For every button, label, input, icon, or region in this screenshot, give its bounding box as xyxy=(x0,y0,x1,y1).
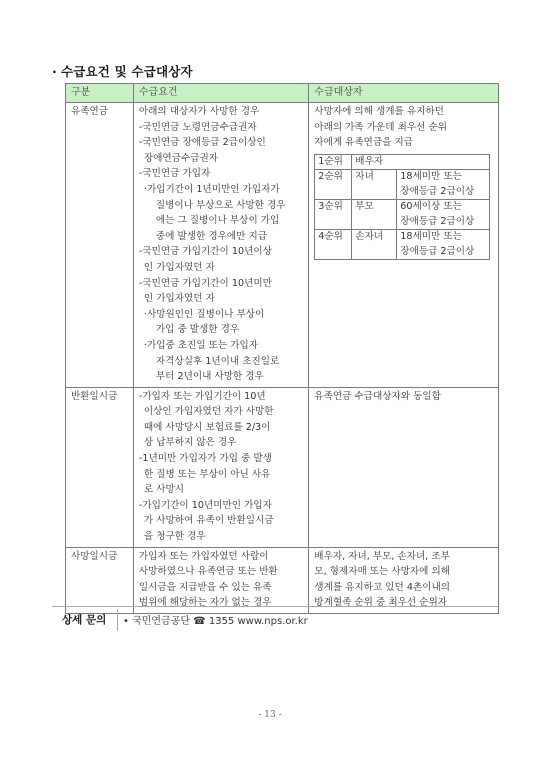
row-requirements: -가입자 또는 가입기간이 10년 이상인 가입자였던 자가 사망한 때에 사망… xyxy=(133,387,308,547)
text-line: 장애등급 2급이상 xyxy=(400,185,486,200)
text-line: 생계를 유지하고 있던 4촌이내의 xyxy=(314,580,494,596)
table-header-row: 구분 수급요건 수급대상자 xyxy=(66,84,499,103)
rank-relation: 손자녀 xyxy=(352,230,397,260)
bullet-icon: · xyxy=(52,64,57,79)
row-category: 유족연금 xyxy=(66,103,134,388)
text-line: -국민연금 가입자 xyxy=(139,166,304,182)
rank-label: 1순위 xyxy=(315,154,352,170)
footer-label: 상세 문의 xyxy=(62,612,106,627)
table-row-death-lump-sum: 사망일시금 가입자 또는 가입자였던 사람이 사망하였으나 유족연금 또는 반환… xyxy=(66,547,499,613)
text-line: 에는 그 질병이나 부상이 가입 xyxy=(139,213,304,229)
text-line: 인 가입자였던 자 xyxy=(139,291,304,307)
rank-row: 1순위 배우자 xyxy=(315,154,490,170)
text-line: 배우자, 자녀, 부모, 손자녀, 조부 xyxy=(314,549,494,565)
text-line: 범위에 해당하는 자가 없는 경우 xyxy=(139,595,304,611)
text-line: 18세미만 또는 xyxy=(400,170,486,185)
text-line: 장애등급 2급이상 xyxy=(400,245,486,260)
text-line: 아래의 가족 가운데 최우선 순위 xyxy=(314,120,494,136)
text-line: 자격상실후 1년이내 초진일로 xyxy=(139,354,304,370)
rank-label: 4순위 xyxy=(315,230,352,260)
text-line: -국민연금 가입기간이 10년미만 xyxy=(139,276,304,292)
rank-condition: 18세미만 또는 장애등급 2급이상 xyxy=(397,170,490,200)
text-line: 방계혈족 순위 중 최우선 순위자 xyxy=(314,595,494,611)
text-line: 가입자 또는 가입자였던 사람이 xyxy=(139,549,304,565)
rank-row: 2순위 자녀 18세미만 또는 장애등급 2급이상 xyxy=(315,170,490,200)
priority-rank-table: 1순위 배우자 2순위 자녀 18세미만 또는 장애등급 2급이상 3순위 부모… xyxy=(314,154,490,261)
text-line: ·사망원인인 질병이나 부상이 xyxy=(139,307,304,323)
table-row-lump-sum-refund: 반환일시금 -가입자 또는 가입기간이 10년 이상인 가입자였던 자가 사망한… xyxy=(66,387,499,547)
rank-condition: 18세미만 또는 장애등급 2급이상 xyxy=(397,230,490,260)
rank-relation: 부모 xyxy=(352,200,397,230)
text-line: -국민연금 장애등급 2급이상인 xyxy=(139,135,304,151)
text-line: 일시금을 지급받을 수 있는 유족 xyxy=(139,580,304,596)
text-line: 질병이나 부상으로 사망한 경우 xyxy=(139,198,304,214)
text-line: 60세이상 또는 xyxy=(400,200,486,215)
header-category: 구분 xyxy=(66,84,134,103)
table-row-survivor-pension: 유족연금 아래의 대상자가 사망한 경우 -국민연금 노령연금수급권자 -국민연… xyxy=(66,103,499,388)
row-recipients: 배우자, 자녀, 부모, 손자녀, 조부 모, 형제자매 또는 사망자에 의해 … xyxy=(309,547,499,613)
text-line: 로 사망시 xyxy=(139,482,304,498)
text-line: 아래의 대상자가 사망한 경우 xyxy=(139,104,304,120)
text-line: 때에 사망당시 보험료를 2/3이 xyxy=(139,420,304,436)
text-line: -1년미만 가입자가 가입 중 발생 xyxy=(139,451,304,467)
rank-row: 3순위 부모 60세이상 또는 장애등급 2급이상 xyxy=(315,200,490,230)
section-title-text: 수급요건 및 수급대상자 xyxy=(61,64,193,79)
rank-condition: 60세이상 또는 장애등급 2급이상 xyxy=(397,200,490,230)
rank-row: 4순위 손자녀 18세미만 또는 장애등급 2급이상 xyxy=(315,230,490,260)
text-line: ·가입기간이 1년미만인 가입자가 xyxy=(139,182,304,198)
text-line: 가 사망하여 유족이 반환일시금 xyxy=(139,513,304,529)
row-category: 반환일시금 xyxy=(66,387,134,547)
section-title: ·수급요건 및 수급대상자 xyxy=(52,62,193,80)
row-category: 사망일시금 xyxy=(66,547,134,613)
page-number: - 13 - xyxy=(0,710,540,720)
text-line: 자에게 유족연금을 지급 xyxy=(314,135,494,151)
text-line: 인 가입자였던 자 xyxy=(139,260,304,276)
text-line: 부터 2년이내 사망한 경우 xyxy=(139,369,304,385)
row-requirements: 가입자 또는 가입자였던 사람이 사망하였으나 유족연금 또는 반환 일시금을 … xyxy=(133,547,308,613)
rank-label: 2순위 xyxy=(315,170,352,200)
text-line: 유족연금 수급대상자와 동일함 xyxy=(314,389,494,405)
text-line: 한 질병 또는 부상이 아닌 사유 xyxy=(139,467,304,483)
footer-contact: • 국민연금공단 ☎ 1355 www.nps.or.kr xyxy=(123,612,308,627)
text-line: ·가입중 초진일 또는 가입자 xyxy=(139,338,304,354)
text-line: 을 청구한 경우 xyxy=(139,529,304,545)
row-requirements: 아래의 대상자가 사망한 경우 -국민연금 노령연금수급권자 -국민연금 장애등… xyxy=(133,103,308,388)
rank-relation: 자녀 xyxy=(352,170,397,200)
text-line: -가입기간이 10년미만인 가입자 xyxy=(139,498,304,514)
header-recipients: 수급대상자 xyxy=(309,84,499,103)
text-line: 18세미만 또는 xyxy=(400,230,486,245)
footer-divider xyxy=(52,606,498,607)
eligibility-table: 구분 수급요건 수급대상자 유족연금 아래의 대상자가 사망한 경우 -국민연금… xyxy=(65,83,499,614)
footer-separator xyxy=(117,609,118,631)
text-line: -가입자 또는 가입기간이 10년 xyxy=(139,389,304,405)
row-recipients: 사망자에 의해 생계를 유지하던 아래의 가족 가운데 최우선 순위 자에게 유… xyxy=(309,103,499,388)
rank-label: 3순위 xyxy=(315,200,352,230)
text-line: 사망자에 의해 생계를 유지하던 xyxy=(314,104,494,120)
text-line: 장애등급 2급이상 xyxy=(400,215,486,230)
text-line: 장애연금수급권자 xyxy=(139,151,304,167)
text-line: -국민연금 가입기간이 10년이상 xyxy=(139,244,304,260)
row-recipients: 유족연금 수급대상자와 동일함 xyxy=(309,387,499,547)
text-line: 사망하였으나 유족연금 또는 반환 xyxy=(139,564,304,580)
text-line: 중에 발생한 경우에만 지급 xyxy=(139,229,304,245)
text-line: 가입 중 발생한 경우 xyxy=(139,322,304,338)
text-line: 상 납부하지 않은 경우 xyxy=(139,435,304,451)
rank-relation: 배우자 xyxy=(352,154,490,170)
text-line: -국민연금 노령연금수급권자 xyxy=(139,120,304,136)
header-requirements: 수급요건 xyxy=(133,84,308,103)
text-line: 모, 형제자매 또는 사망자에 의해 xyxy=(314,564,494,580)
text-line: 이상인 가입자였던 자가 사망한 xyxy=(139,404,304,420)
